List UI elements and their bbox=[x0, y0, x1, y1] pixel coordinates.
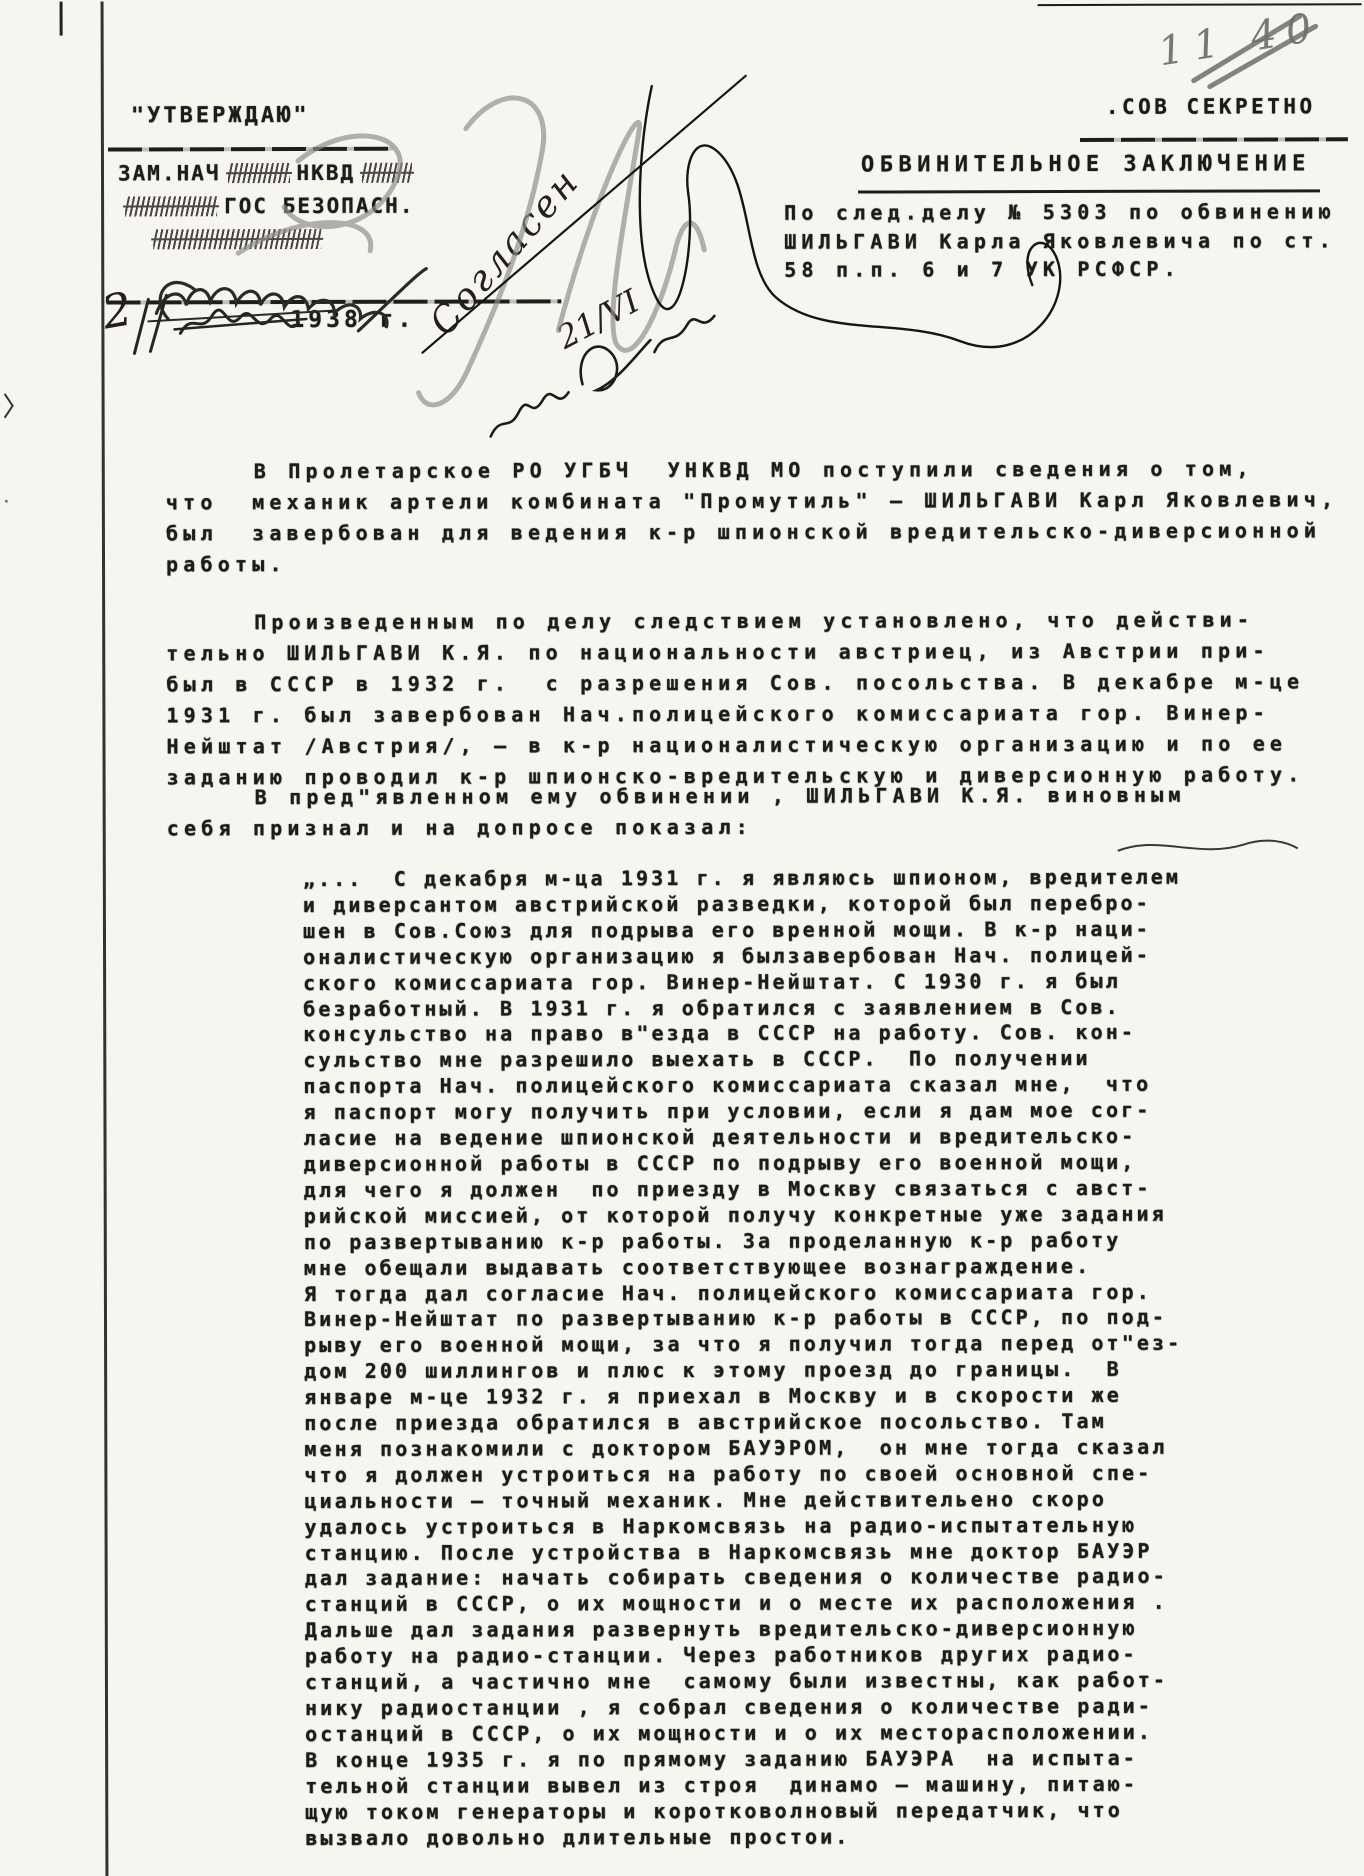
scanned-document-page: "УТВЕРЖДАЮ" ЗАМ.НАЧНКВД ГОС БЕЗОПАСН. 2 … bbox=[0, 0, 1364, 1876]
scan-left-margin-line bbox=[101, 2, 109, 1876]
text-line: Нейштат /Австрия/, – в к-р националистич… bbox=[166, 728, 1304, 762]
paragraph-confession-lead: В пред"явленном ему обвинении , ШИЛЬГАВИ… bbox=[167, 780, 1186, 845]
text-line: ШИЛЬГАВИ Карла Яковлевича по ст. bbox=[784, 226, 1336, 256]
text-line: 58 п.п. 6 и 7 УК РСФСР. bbox=[784, 254, 1336, 284]
text-line: вызвало довольно длительные простои. bbox=[305, 1823, 1183, 1851]
approval-title: "УТВЕРЖДАЮ" bbox=[131, 100, 310, 132]
text-line: меня познакомили с доктором БАУЭРОМ, он … bbox=[304, 1435, 1182, 1463]
wavy-underline bbox=[1118, 841, 1298, 851]
paragraph-intro: В Пролетарское РО УГБЧ УНКВД МО поступил… bbox=[166, 453, 1339, 580]
text-line: „... С декабря м-ца 1931 г. я являюсь шп… bbox=[303, 865, 1181, 893]
text-line: станций в СССР, о их мощности и о месте … bbox=[305, 1590, 1183, 1618]
text-line: работу на радио-станции. Через работнико… bbox=[305, 1642, 1183, 1670]
text-line: рийской миссией, от которой получу конкр… bbox=[304, 1201, 1182, 1229]
handwritten-date-mark: 21/VI bbox=[551, 282, 646, 357]
classification-stamp: .СОВ СЕКРЕТНО bbox=[1106, 94, 1316, 119]
approval-line-3 bbox=[146, 223, 328, 255]
text-line: 1931 г. был завербован Нач.полицейского … bbox=[166, 697, 1304, 731]
approval-line2-text: ГОС БЕЗОПАСН. bbox=[224, 194, 414, 218]
crossed-out-text bbox=[153, 229, 321, 249]
text-line: сульство мне разрешило выехать в СССР. П… bbox=[303, 1046, 1181, 1074]
text-line: безработный. В 1931 г. я обратился с зая… bbox=[303, 994, 1181, 1022]
text-line: В пред"явленном ему обвинении , ШИЛЬГАВИ… bbox=[167, 780, 1186, 814]
text-line: для чего я должен по приезду в Москву св… bbox=[304, 1176, 1182, 1204]
text-line: я паспорт могу получить при условии, есл… bbox=[303, 1098, 1181, 1126]
case-reference: По след.делу № 5303 по обвинениюШИЛЬГАВИ… bbox=[784, 197, 1336, 284]
text-line: В Пролетарское РО УГБЧ УНКВД МО поступил… bbox=[166, 453, 1338, 487]
text-line: шен в Сов.Союз для подрыва его вренной м… bbox=[303, 917, 1181, 945]
text-line: По след.делу № 5303 по обвинению bbox=[784, 197, 1336, 227]
document-title: ОБВИНИТЕЛЬНОЕ ЗАКЛЮЧЕНИЕ bbox=[861, 151, 1311, 177]
text-line: что механик артели комбината "Промутиль"… bbox=[166, 484, 1338, 518]
text-line: станций, а частично мне самому были изве… bbox=[305, 1668, 1183, 1696]
text-line: тельной станции вывел из строя динамо – … bbox=[305, 1771, 1183, 1799]
text-line: Дальше дал задания развернуть вредительс… bbox=[305, 1616, 1183, 1644]
text-line: мне обещали выдавать соответствующее воз… bbox=[304, 1253, 1182, 1281]
text-line: и диверсантом австрийской разведки, кото… bbox=[303, 891, 1181, 919]
divider-line-under-approval-title bbox=[108, 147, 393, 152]
text-line: работы. bbox=[166, 546, 1338, 580]
text-line: тельно ШИЛЬГАВИ К.Я. по национальности а… bbox=[166, 635, 1304, 669]
text-line: Я тогда дал согласие Нач. полицейского к… bbox=[304, 1279, 1182, 1307]
title-underline bbox=[858, 189, 1320, 193]
text-line: ласие на ведение шпионской деятельности … bbox=[303, 1124, 1181, 1152]
approval-line-1: ЗАМ.НАЧНКВД bbox=[118, 157, 419, 190]
text-line: дал задание: начать собирать сведения о … bbox=[305, 1564, 1183, 1592]
crossed-out-text bbox=[227, 163, 289, 183]
text-line: консульство на право в"езда в СССР на ра… bbox=[303, 1020, 1181, 1048]
text-line: диверсионной работы в СССР по подрыву ег… bbox=[304, 1150, 1182, 1178]
classification-underline bbox=[1080, 137, 1348, 142]
crossed-out-text bbox=[362, 163, 412, 183]
approval-line1-left: ЗАМ.НАЧ bbox=[118, 161, 221, 185]
text-line: дом 200 шиллингов и плюс к этому проезд … bbox=[304, 1357, 1182, 1385]
testimony-quote: „... С декабря м-ца 1931 г. я являюсь шп… bbox=[303, 865, 1184, 1852]
text-line: останций в СССР, о их мощности и о их ме… bbox=[305, 1720, 1183, 1748]
text-line: январе м-це 1932 г. я приехал в Москву и… bbox=[304, 1383, 1182, 1411]
text-line: Винер-Нейштат по развертыванию к-р работ… bbox=[304, 1305, 1182, 1333]
text-line: по развертыванию к-р работы. За проделан… bbox=[304, 1227, 1182, 1255]
text-line: нику радиостанции , я собрал сведения о … bbox=[305, 1694, 1183, 1722]
text-line: рыву его военной мощи, за что я получил … bbox=[304, 1331, 1182, 1359]
divider-line-above-date bbox=[106, 299, 561, 304]
text-line: оналистическую организацию я былзавербов… bbox=[303, 942, 1181, 970]
scan-noise-specks bbox=[5, 500, 8, 503]
text-line: Произведенным по делу следствием установ… bbox=[166, 604, 1304, 638]
text-line: станцию. После устройства в Наркомсвязь … bbox=[305, 1538, 1183, 1566]
text-line: себя признал и на допросе показал: bbox=[167, 811, 1186, 845]
text-line: был в СССР в 1932 г. с разрешения Сов. п… bbox=[166, 666, 1304, 700]
page-content: "УТВЕРЖДАЮ" ЗАМ.НАЧНКВД ГОС БЕЗОПАСН. 2 … bbox=[0, 0, 1364, 1876]
paragraph-findings: Произведенным по делу следствием установ… bbox=[166, 604, 1304, 793]
margin-tick bbox=[5, 394, 13, 418]
text-line: что я должен устроиться на работу по сво… bbox=[304, 1461, 1182, 1489]
text-line: паспорта Нач. полицейского комиссариата … bbox=[303, 1072, 1181, 1100]
text-line: щую током генераторы и коротковолновый п… bbox=[305, 1797, 1183, 1825]
text-line: В конце 1935 г. я по прямому заданию БАУ… bbox=[305, 1746, 1183, 1774]
text-line: удалось устроиться в Наркомсвязь на ради… bbox=[305, 1512, 1183, 1540]
typed-year: 1938 г. bbox=[290, 307, 415, 333]
crossed-out-text bbox=[125, 196, 217, 216]
text-line: циальности – точный механик. Мне действи… bbox=[304, 1486, 1182, 1514]
approval-line1-right: НКВД bbox=[296, 161, 355, 185]
scan-corner-mark bbox=[60, 2, 63, 36]
text-line: был завербован для ведения к-р шпионской… bbox=[166, 515, 1338, 549]
text-line: ского комиссариата гор. Винер-Нейштат. С… bbox=[303, 968, 1181, 996]
approval-line-2: ГОС БЕЗОПАСН. bbox=[118, 190, 414, 223]
handwritten-corner-number: 11 40 bbox=[1155, 4, 1325, 76]
text-line: после приезда обратился в австрийское по… bbox=[304, 1409, 1182, 1437]
